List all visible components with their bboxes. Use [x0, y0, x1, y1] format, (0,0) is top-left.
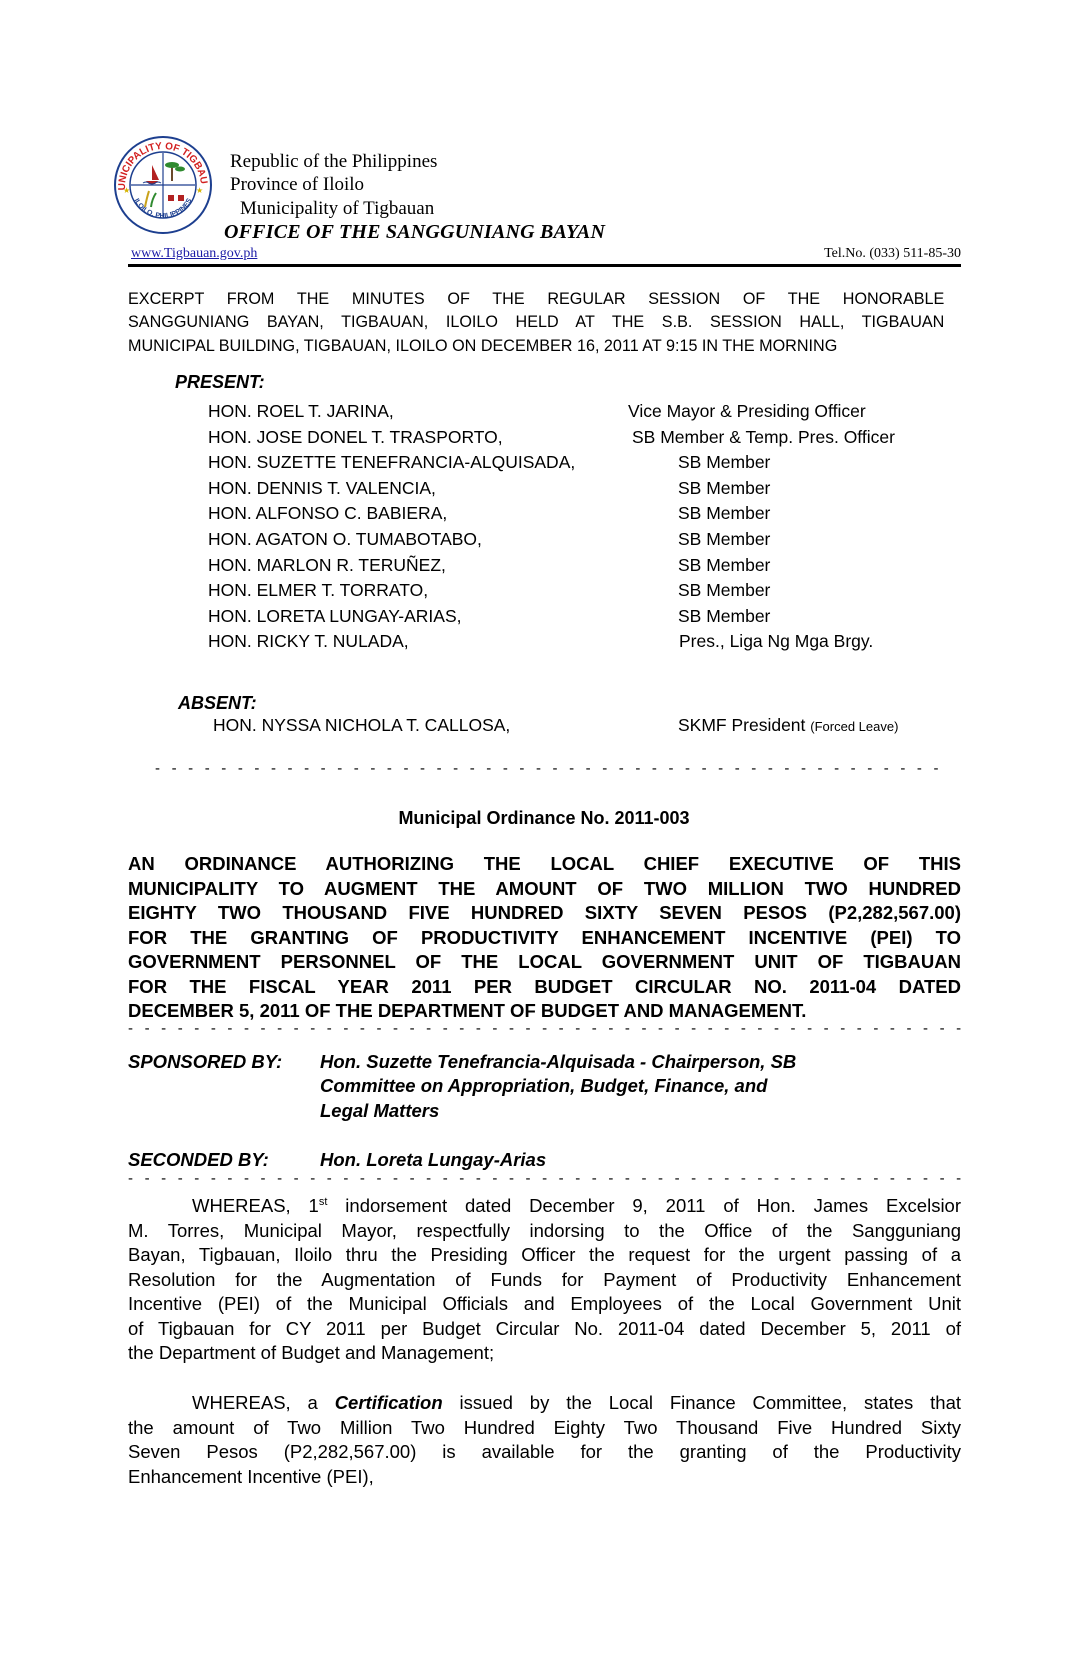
paragraph-line: Resolution for the Augmentation of Funds… — [128, 1268, 961, 1293]
seconded-by-name: Hon. Loreta Lungay-Arias — [320, 1148, 546, 1173]
whereas-paragraph: WHEREAS, a Certification issued by the L… — [128, 1391, 961, 1489]
paragraph-line: Enhancement Incentive (PEI), — [128, 1465, 961, 1490]
attendee-name: HON. RICKY T. NULADA, — [208, 628, 409, 654]
attendee-name: HON. LORETA LUNGAY-ARIAS, — [208, 603, 462, 629]
absent-label: ABSENT: — [178, 693, 257, 714]
separator-line: - - - - - - - - - - - - - - - - - - - - … — [128, 1020, 961, 1037]
attendee-row: HON. ALFONSO C. BABIERA,SB Member — [208, 500, 968, 526]
attendee-row: HON. ROEL T. JARINA,Vice Mayor & Presidi… — [208, 398, 968, 424]
paragraph-line: of Tigbauan for CY 2011 per Budget Circu… — [128, 1317, 961, 1342]
attendee-role: SB Member — [678, 449, 770, 475]
whereas-paragraph: WHEREAS, 1st indorsement dated December … — [128, 1194, 961, 1366]
ordinal-suffix: st — [319, 1196, 328, 1208]
attendee-name: HON. SUZETTE TENEFRANCIA-ALQUISADA, — [208, 449, 575, 475]
absentee-name: HON. NYSSA NICHOLA T. CALLOSA, — [213, 712, 510, 738]
paragraph-line: WHEREAS, 1st indorsement dated December … — [128, 1194, 961, 1219]
attendee-row: HON. ELMER T. TORRATO,SB Member — [208, 577, 968, 603]
paragraph-line: WHEREAS, a Certification issued by the L… — [128, 1391, 961, 1416]
letterhead-province: Province of Iloilo — [230, 173, 364, 196]
ordinance-title-line: FOR THE GRANTING OF PRODUCTIVITY ENHANCE… — [128, 926, 961, 951]
paragraph-line: M. Torres, Municipal Mayor, respectfully… — [128, 1219, 961, 1244]
excerpt-line: SANGGUNIANG BAYAN, TIGBAUAN, ILOILO HELD… — [128, 311, 944, 335]
seal-icon: MUNICIPALITY OF TIGBAUAN ILOILO, PHILIPP… — [113, 135, 213, 235]
excerpt-line: EXCERPT FROM THE MINUTES OF THE REGULAR … — [128, 288, 944, 312]
separator-line: - - - - - - - - - - - - - - - - - - - - … — [155, 760, 950, 777]
website-link[interactable]: www.Tigbauan.gov.ph — [131, 246, 257, 262]
attendee-role: SB Member — [678, 475, 770, 501]
excerpt-line: MUNICIPAL BUILDING, TIGBAUAN, ILOILO ON … — [128, 335, 944, 359]
letterhead-divider — [128, 264, 961, 267]
letterhead-office-title: OFFICE OF THE SANGGUNIANG BAYAN — [224, 221, 605, 244]
seconded-by-label: SECONDED BY: — [128, 1148, 269, 1173]
svg-text:★: ★ — [123, 186, 130, 195]
paragraph-line: Seven Pesos (P2,282,567.00) is available… — [128, 1440, 961, 1465]
sponsor-text: Committee on Appropriation, Budget, Fina… — [320, 1074, 767, 1099]
attendee-name: HON. JOSE DONEL T. TRASPORTO, — [208, 424, 503, 450]
attendee-name: HON. ELMER T. TORRATO, — [208, 577, 428, 603]
sponsored-by-label: SPONSORED BY: — [128, 1050, 282, 1075]
ordinance-title-line: MUNICIPALITY TO AUGMENT THE AMOUNT OF TW… — [128, 877, 961, 902]
present-label: PRESENT: — [175, 372, 265, 393]
paragraph-line: Bayan, Tigbauan, Iloilo thru the Presidi… — [128, 1243, 961, 1268]
attendee-row: HON. DENNIS T. VALENCIA,SB Member — [208, 475, 968, 501]
attendee-role: SB Member — [678, 603, 770, 629]
attendee-role: SB Member — [678, 552, 770, 578]
sponsor-text: Legal Matters — [320, 1099, 439, 1124]
attendee-role: Vice Mayor & Presiding Officer — [628, 398, 866, 424]
ordinance-number: Municipal Ordinance No. 2011-003 — [0, 808, 1088, 829]
telephone-number: Tel.No. (033) 511-85-30 — [824, 246, 961, 262]
attendee-name: HON. ALFONSO C. BABIERA, — [208, 500, 447, 526]
svg-text:★: ★ — [196, 186, 203, 195]
emphasis-text: Certification — [335, 1392, 443, 1413]
attendee-name: HON. ROEL T. JARINA, — [208, 398, 394, 424]
attendee-name: HON. AGATON O. TUMABOTABO, — [208, 526, 482, 552]
ordinance-title-line: EIGHTY TWO THOUSAND FIVE HUNDRED SIXTY S… — [128, 901, 961, 926]
letterhead-republic: Republic of the Philippines — [230, 150, 437, 173]
attendee-row: HON. MARLON R. TERUÑEZ,SB Member — [208, 552, 968, 578]
attendee-row: HON. AGATON O. TUMABOTABO,SB Member — [208, 526, 968, 552]
ordinance-title-line: AN ORDINANCE AUTHORIZING THE LOCAL CHIEF… — [128, 852, 961, 877]
attendee-role: SB Member — [678, 500, 770, 526]
attendee-row: HON. JOSE DONEL T. TRASPORTO,SB Member &… — [208, 424, 968, 450]
paragraph-line: Incentive (PEI) of the Municipal Officia… — [128, 1292, 961, 1317]
absentee-row: HON. NYSSA NICHOLA T. CALLOSA,SKMF Presi… — [213, 712, 973, 738]
letterhead-municipality: Municipality of Tigbauan — [240, 197, 434, 220]
attendee-name: HON. MARLON R. TERUÑEZ, — [208, 552, 446, 578]
attendee-row: HON. LORETA LUNGAY-ARIAS,SB Member — [208, 603, 968, 629]
sponsor-text: Hon. Suzette Tenefrancia-Alquisada - Cha… — [320, 1050, 796, 1075]
attendee-name: HON. DENNIS T. VALENCIA, — [208, 475, 436, 501]
attendee-role: SB Member — [678, 577, 770, 603]
paragraph-line: the amount of Two Million Two Hundred Ei… — [128, 1416, 961, 1441]
attendee-role: SB Member — [678, 526, 770, 552]
attendee-role: SB Member & Temp. Pres. Officer — [632, 424, 895, 450]
ordinance-title-line: GOVERNMENT PERSONNEL OF THE LOCAL GOVERN… — [128, 950, 961, 975]
paragraph-line: the Department of Budget and Management; — [128, 1341, 961, 1366]
absentee-role: SKMF President (Forced Leave) — [678, 712, 898, 740]
ordinance-title-line: FOR THE FISCAL YEAR 2011 PER BUDGET CIRC… — [128, 975, 961, 1000]
attendee-row: HON. SUZETTE TENEFRANCIA-ALQUISADA,SB Me… — [208, 449, 968, 475]
attendee-role: Pres., Liga Ng Mga Brgy. — [679, 628, 873, 654]
municipal-seal-logo: MUNICIPALITY OF TIGBAUAN ILOILO, PHILIPP… — [113, 135, 213, 235]
separator-line: - - - - - - - - - - - - - - - - - - - - … — [128, 1170, 961, 1187]
absence-note: (Forced Leave) — [810, 719, 898, 734]
attendee-row: HON. RICKY T. NULADA,Pres., Liga Ng Mga … — [208, 628, 968, 654]
